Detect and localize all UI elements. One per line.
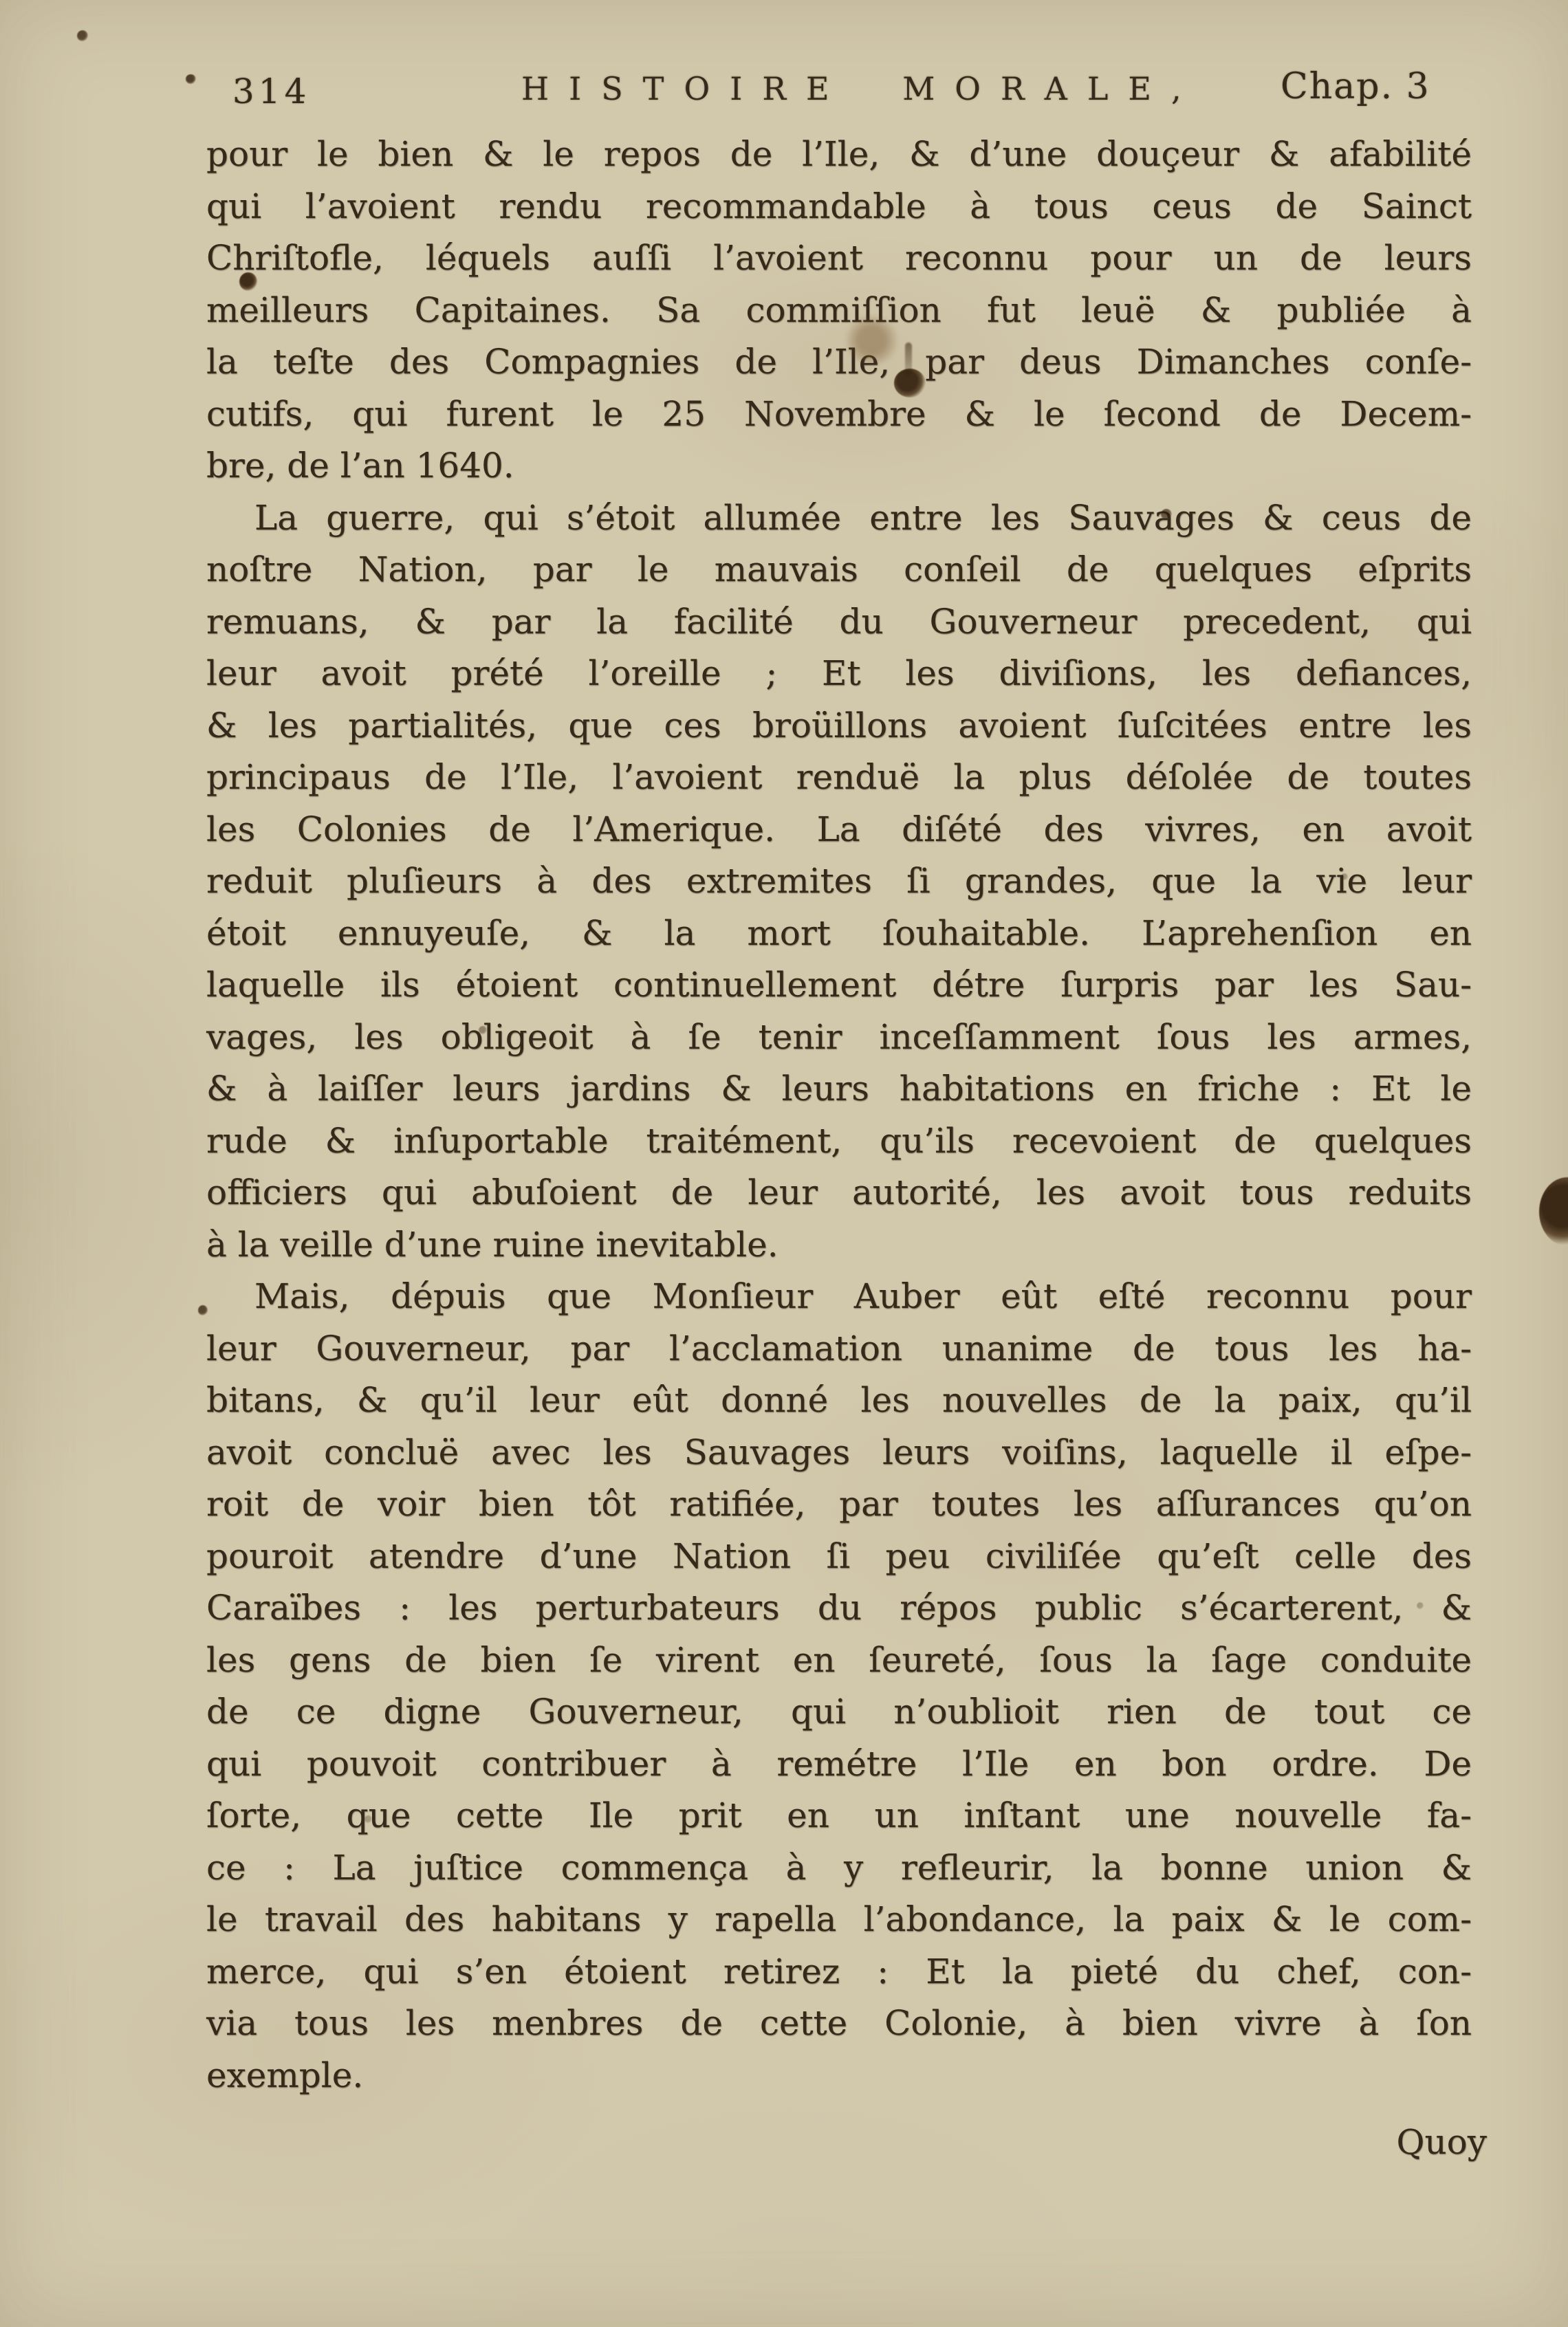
text-line: La guerre, qui s’étoit allumée entre les… xyxy=(206,492,1472,545)
text-line: les gens de bien ſe virent en ſeureté, ſ… xyxy=(206,1635,1472,1687)
text-line: vages, les obligeoit à ſe tenir inceſſam… xyxy=(206,1012,1472,1064)
text-line: officiers qui abuſoient de leur autorité… xyxy=(206,1167,1472,1219)
text-line: merce, qui s’en étoient retirez : Et la … xyxy=(206,1946,1472,1998)
chapter-label: Chap. 3 xyxy=(1281,66,1430,107)
text-line: exemple. xyxy=(206,2050,1472,2102)
text-line: cutifs, qui furent le 25 Novembre & le ſ… xyxy=(206,389,1472,441)
text-line: bitans, & qu’il leur eût donné les nouve… xyxy=(206,1375,1472,1427)
text-line: reduit pluſieurs à des extremites ſi gra… xyxy=(206,855,1472,908)
body-text-block: pour le bien & le repos de l’Ile, & d’un… xyxy=(206,129,1472,2101)
paper-speck-sauvages xyxy=(1161,509,1172,520)
text-line: meilleurs Capitaines. Sa commiſſion fut … xyxy=(206,285,1472,337)
text-line: étoit ennuyeuſe, & la mort ſouhaitable. … xyxy=(206,908,1472,960)
text-line: via tous les menbres de cette Colonie, à… xyxy=(206,1998,1472,2050)
text-line: à la veille d’une ruine inevitable. xyxy=(206,1219,1472,1271)
text-line: pouroit atendre d’une Nation ſi peu civi… xyxy=(206,1531,1472,1583)
paper-speck xyxy=(1417,1602,1424,1609)
text-line: Caraïbes : les perturbateurs du répos pu… xyxy=(206,1582,1472,1635)
text-line: ce : La juſtice commença à y refleurir, … xyxy=(206,1842,1472,1894)
text-line: & à laiſſer leurs jardins & leurs habita… xyxy=(206,1063,1472,1115)
text-line: Chriſtofle, léquels auſſi l’avoient reco… xyxy=(206,232,1472,285)
text-line: Mais, dépuis que Monſieur Auber eût eſté… xyxy=(206,1271,1472,1323)
text-line: les Colonies de l’Amerique. La diſété de… xyxy=(206,804,1472,856)
catchword: Quoy xyxy=(1396,2122,1487,2162)
text-line: leur Gouverneur, par l’acclamation unani… xyxy=(206,1323,1472,1375)
paper-speck-mais xyxy=(198,1305,208,1315)
text-line: qui l’avoient rendu recommandable à tous… xyxy=(206,181,1472,233)
text-line: noſtre Nation, par le mauvais conſeil de… xyxy=(206,544,1472,596)
paper-speck xyxy=(364,1815,372,1823)
book-page-scan: 314 HISTOIRE MORALE, Chap. 3 pour le bie… xyxy=(0,0,1568,2327)
text-line: & les partialités, que ces broüillons av… xyxy=(206,700,1472,752)
paper-speck xyxy=(77,30,88,41)
paper-speck xyxy=(1341,873,1348,880)
text-line: le travail des habitans y rapella l’abon… xyxy=(206,1894,1472,1946)
text-line: avoit concluë avec les Sauvages leurs vo… xyxy=(206,1427,1472,1479)
ink-blob-right-edge xyxy=(1539,1177,1568,1246)
text-line: rude & inſuportable traitément, qu’ils r… xyxy=(206,1115,1472,1168)
text-line: qui pouvoit contribuer à remétre l’Ile e… xyxy=(206,1738,1472,1791)
paper-speck-tenir xyxy=(479,1026,487,1034)
text-line: de ce digne Gouverneur, qui n’oublioit r… xyxy=(206,1686,1472,1738)
running-title: HISTOIRE MORALE, xyxy=(521,70,1201,107)
ink-blot-meilleurs xyxy=(239,272,257,291)
text-line: principaus de l’Ile, l’avoient renduë la… xyxy=(206,752,1472,804)
text-line: ſorte, que cette Ile prit en un inſtant … xyxy=(206,1790,1472,1842)
text-line: leur avoit prété l’oreille ; Et les divi… xyxy=(206,648,1472,700)
text-line: remuans, & par la facilité du Gouverneur… xyxy=(206,596,1472,648)
ink-blot-novembre xyxy=(894,369,926,397)
text-line: pour le bien & le repos de l’Ile, & d’un… xyxy=(206,129,1472,181)
text-line: la teſte des Compagnies de l’Ile, par de… xyxy=(206,336,1472,389)
paper-speck xyxy=(186,74,196,84)
text-line: laquelle ils étoient continuellement dét… xyxy=(206,959,1472,1012)
ink-smudge-commission xyxy=(842,316,901,364)
text-line: bre, de l’an 1640. xyxy=(206,440,1472,492)
text-line: roit de voir bien tôt ratifiée, par tout… xyxy=(206,1478,1472,1531)
page-number: 314 xyxy=(232,72,310,111)
